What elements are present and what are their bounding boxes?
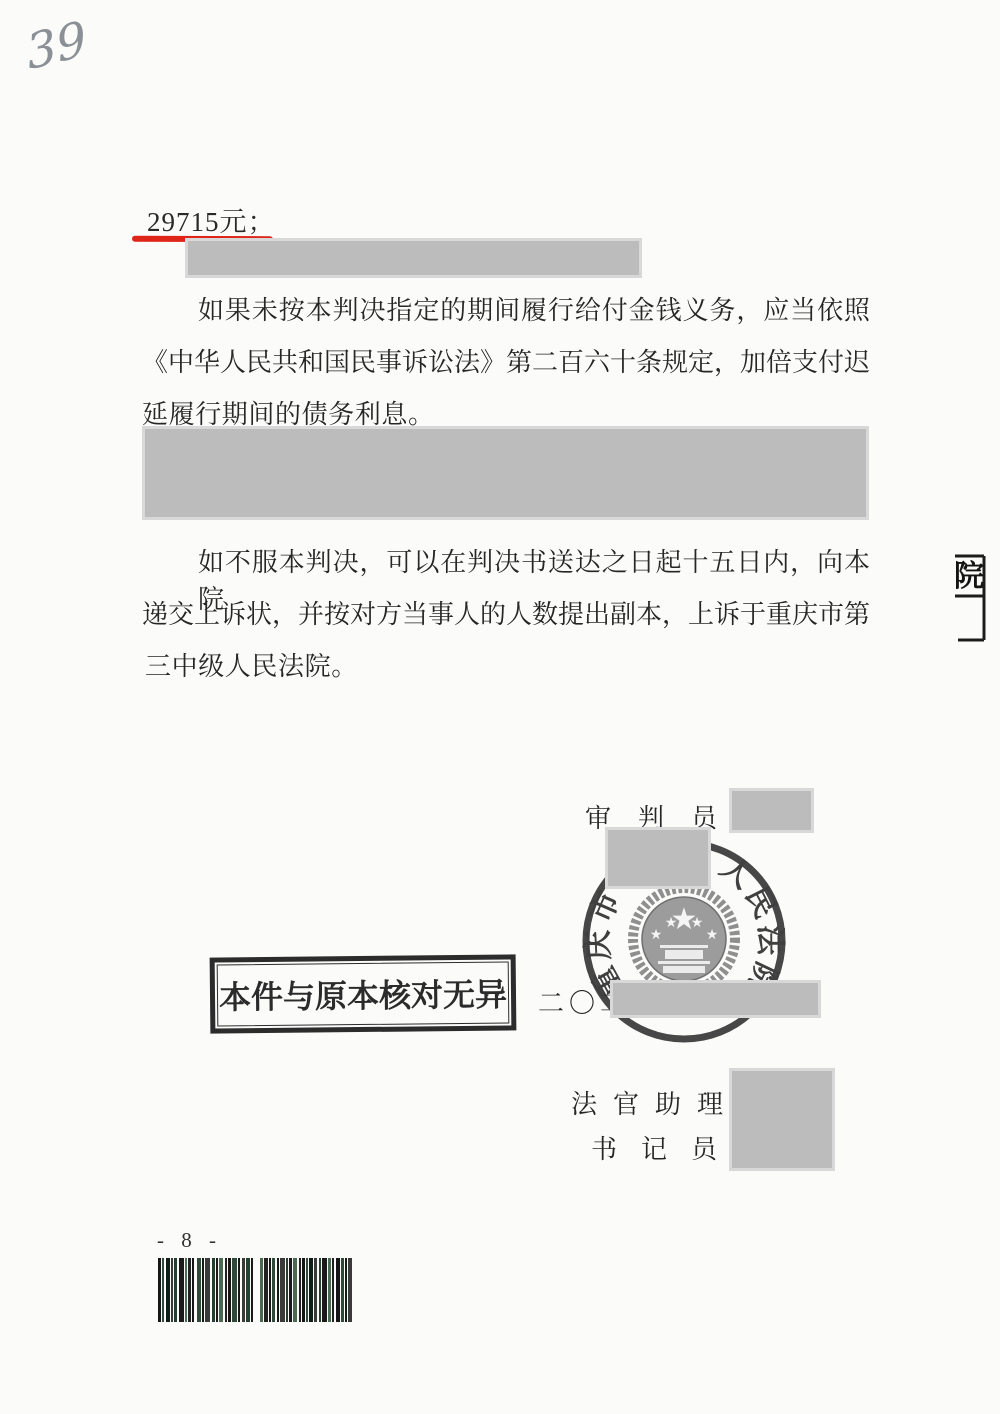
- national-emblem: ★ ★ ★ ★ ★: [633, 888, 735, 990]
- redaction-box-clerk-names: [729, 1068, 835, 1171]
- emblem-small-star-icon: ★: [706, 928, 719, 943]
- emblem-small-star-icon: ★: [665, 916, 678, 931]
- redaction-box-paragraph: [142, 426, 869, 520]
- verification-stamp-text: 本件与原本核对无异: [217, 961, 510, 1026]
- paragraph2-line2: 递交上诉状，并按对方当事人的人数提出副本，上诉于重庆市第: [142, 594, 870, 626]
- margin-court-mark: 院: [938, 548, 1000, 648]
- paragraph1-line1: 如果未按本判决指定的期间履行给付金钱义务，应当依照: [198, 290, 870, 322]
- barcode-gap: [253, 1258, 260, 1322]
- verification-stamp: 本件与原本核对无异: [210, 954, 517, 1033]
- redaction-box-amount-detail: [185, 238, 642, 278]
- scanned-court-judgment-page: { "colors": { "paper": "#fbfbfa", "ink":…: [0, 0, 1000, 1414]
- margin-mark-label: 院: [954, 560, 984, 593]
- redaction-box-judge-name: [729, 788, 814, 833]
- emblem-small-star-icon: ★: [691, 916, 704, 931]
- redaction-box-date: [610, 980, 821, 1018]
- page-number: - 8 -: [157, 1228, 222, 1253]
- paragraph2-line3: 三中级人民法院。: [145, 646, 358, 678]
- paragraph1-line2: 《中华人民共和国民事诉讼法》第二百六十条规定，加倍支付迟: [142, 342, 870, 374]
- amount-text: 29715元；: [147, 200, 276, 239]
- barcode-gap: [352, 1258, 353, 1322]
- paragraph2-line1: 如不服本判决，可以在判决书送达之日起十五日内，向本院: [198, 542, 870, 574]
- barcode: [158, 1258, 357, 1322]
- paragraph1-line3: 延履行期间的债务利息。: [142, 394, 435, 426]
- redaction-box-seal-top: [605, 827, 711, 889]
- handwritten-page-annotation: 39: [23, 11, 90, 82]
- emblem-small-star-icon: ★: [650, 928, 663, 943]
- clerk-label: 书记员: [591, 1129, 741, 1166]
- judge-assistant-label: 法官助理: [571, 1084, 739, 1121]
